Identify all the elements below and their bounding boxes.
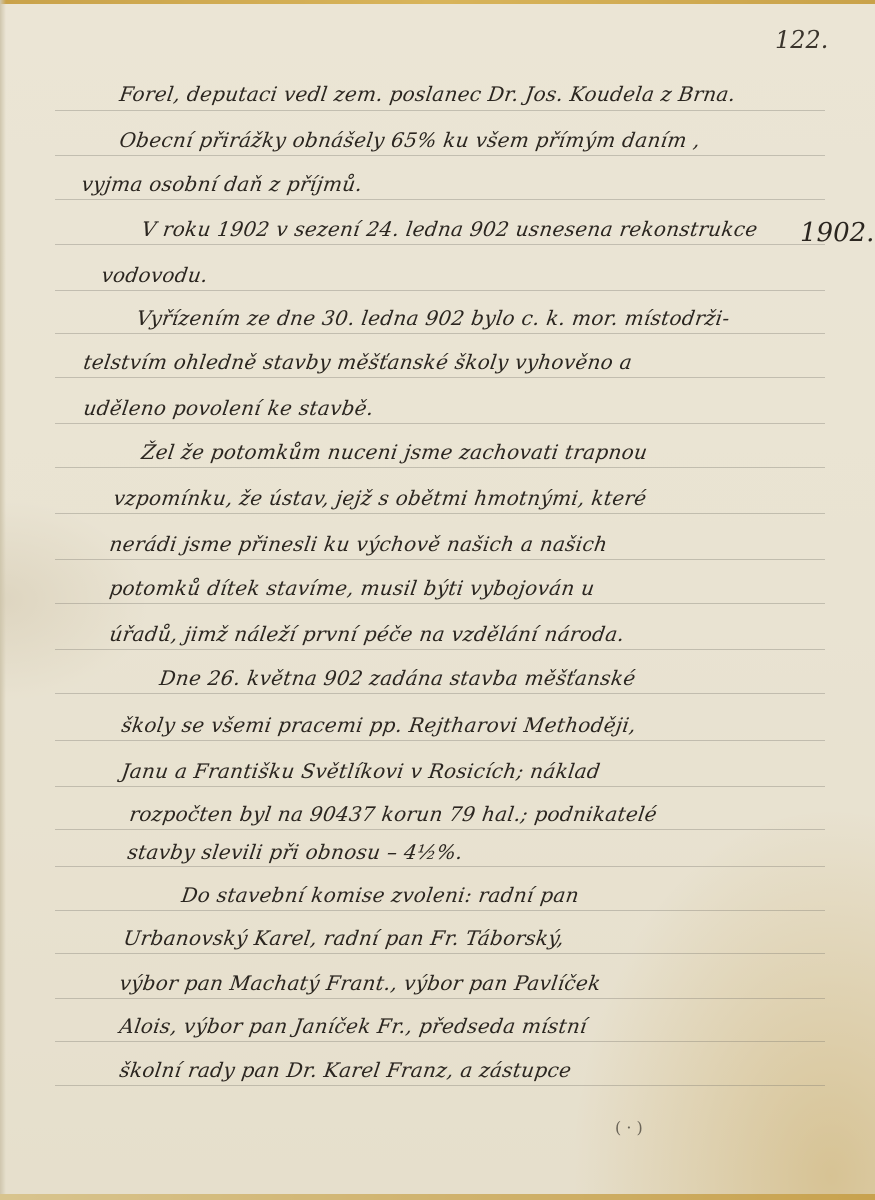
ruled-line [55,244,825,245]
text-line: potomků dítek stavíme, musil býti vybojo… [108,576,596,600]
text-line: Alois, výbor pan Janíček Fr., předseda m… [118,1014,589,1038]
text-line: telstvím ohledně stavby měšťanské školy … [82,350,634,374]
ruled-line [55,290,825,291]
gilt-top-edge [0,0,875,4]
ruled-line [55,199,825,200]
text-line: Janu a Františku Světlíkovi v Rosicích; … [120,759,602,783]
text-line: Vyřízením ze dne 30. ledna 902 bylo c. k… [135,306,731,330]
ruled-line [55,866,825,867]
ruled-line [55,333,825,334]
text-line: školy se všemi pracemi pp. Rejtharovi Me… [120,713,638,737]
text-line: Žel že potomkům nuceni jsme zachovati tr… [140,440,649,464]
chronicle-page: 122. 1902. Forel, deputaci vedl zem. pos… [0,0,875,1200]
ruled-line [55,1041,825,1042]
ruled-line [55,467,825,468]
ruled-line [55,693,825,694]
text-line: rozpočten byl na 90437 korun 79 hal.; po… [128,802,659,826]
gilt-bottom-edge [0,1194,875,1200]
stray-pencil-mark: ( · ) [615,1118,643,1137]
text-line: vodovodu. [100,263,210,287]
ruled-line [55,1085,825,1086]
text-line: Dne 26. května 902 zadána stavba měšťans… [158,666,637,690]
ruled-line [55,155,825,156]
ruled-line [55,998,825,999]
ruled-line [55,559,825,560]
binding-shadow [0,0,6,1200]
ruled-line [55,649,825,650]
page-number: 122. [775,26,828,54]
ruled-line [55,110,825,111]
ruled-line [55,953,825,954]
text-line: nerádi jsme přinesli ku výchově našich a… [108,532,609,556]
ruled-line [55,377,825,378]
text-line: školní rady pan Dr. Karel Franz, a zástu… [118,1058,573,1082]
ruled-line [55,423,825,424]
margin-year-note: 1902. [800,218,874,248]
ruled-line [55,829,825,830]
ruled-line [55,910,825,911]
ruled-line [55,786,825,787]
ruled-line [55,740,825,741]
text-line: Do stavební komise zvoleni: radní pan [180,883,581,907]
ruled-line [55,603,825,604]
text-line: úřadů, jimž náleží první péče na vzdělán… [108,622,626,646]
text-line: uděleno povolení ke stavbě. [82,396,375,420]
text-line: stavby slevili při obnosu – 4½%. [126,840,465,864]
text-line: vzpomínku, že ústav, jejž s obětmi hmotn… [112,486,648,510]
text-line: Obecní přirážky obnášely 65% ku všem pří… [118,128,702,152]
ruled-line [55,513,825,514]
text-line: vyjma osobní daň z příjmů. [80,172,364,196]
text-line: výbor pan Machatý Frant., výbor pan Pavl… [118,971,602,995]
text-line: V roku 1902 v sezení 24. ledna 902 usnes… [140,217,759,241]
text-line: Urbanovský Karel, radní pan Fr. Táborský… [122,926,566,950]
text-line: Forel, deputaci vedl zem. poslanec Dr. J… [118,82,737,106]
